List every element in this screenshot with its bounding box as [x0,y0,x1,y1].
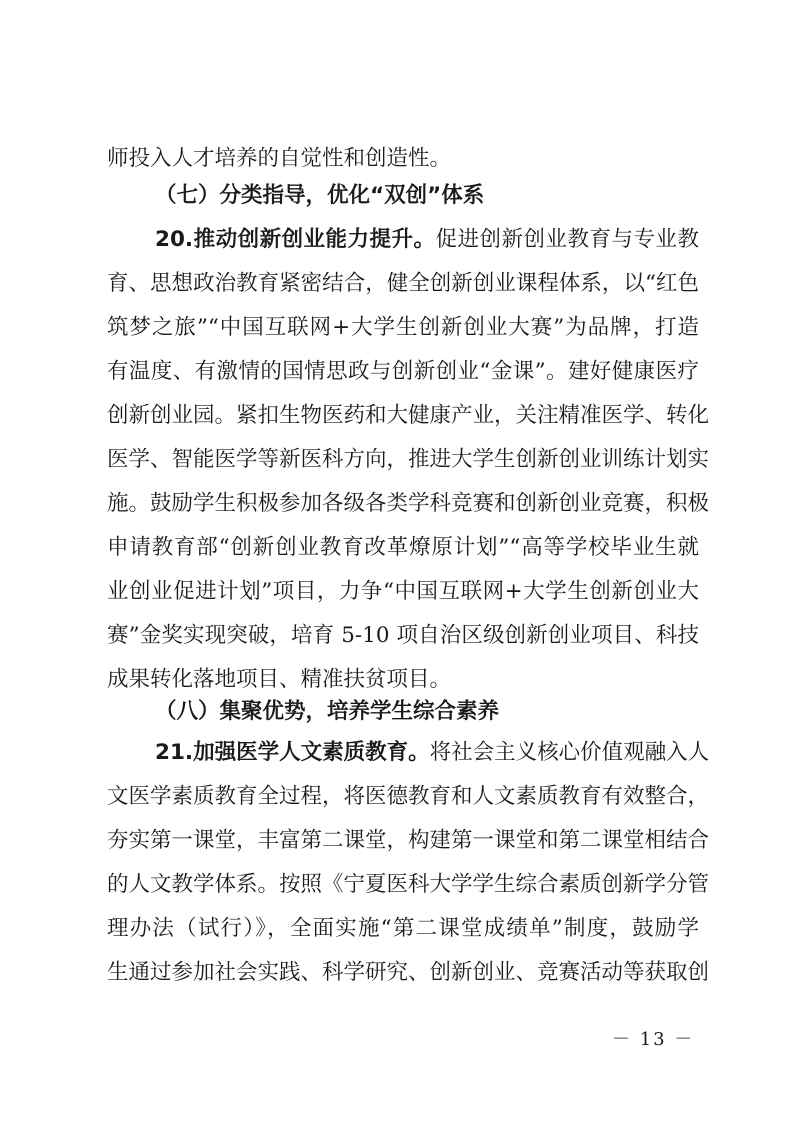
paragraph-line: 文医学素质教育全过程，将医德教育和人文素质教育有效整合， [107,782,699,812]
document-page: 师投入人才培养的自觉性和创造性。 （七）分类指导，优化“双创”体系 20.推动创… [0,0,793,1122]
paragraph-line: 筑梦之旅”“中国互联网+大学生创新创业大赛”为品牌，打造 [107,313,699,343]
section-heading-7: （七）分类指导，优化“双创”体系 [155,181,484,211]
paragraph-line: 师投入人才培养的自觉性和创造性。 [107,144,699,174]
item-21-title: 21.加强医学人文素质教育。 [155,740,430,765]
item-21-line: 21.加强医学人文素质教育。将社会主义核心价值观融入人 [155,738,699,768]
paragraph-line: 育、思想政治教育紧密结合，健全创新创业课程体系，以“红色 [107,269,699,299]
item-20-title: 20.推动创新创业能力提升。 [155,227,436,252]
paragraph-line: 的人文教学体系。按照《宁夏医科大学学生综合素质创新学分管 [107,870,699,900]
page-number: － 13 － [612,1025,694,1051]
section-heading-8: （八）集聚优势，培养学生综合素养 [155,697,499,727]
item-20-text: 促进创新创业教育与专业教 [436,227,699,252]
paragraph-line: 施。鼓励学生积极参加各级各类学科竞赛和创新创业竞赛，积极 [107,489,699,519]
paragraph-line: 医学、智能医学等新医科方向，推进大学生创新创业训练计划实 [107,445,699,475]
paragraph-line: 有温度、有激情的国情思政与创新创业“金课”。建好健康医疗 [107,357,699,387]
paragraph-line: 申请教育部“创新创业教育改革燎原计划”“高等学校毕业生就 [107,533,699,563]
paragraph-line: 赛”金奖实现突破，培育 5-10 项自治区级创新创业项目、科技 [107,621,699,651]
paragraph-line: 业创业促进计划”项目，力争“中国互联网+大学生创新创业大 [107,577,699,607]
paragraph-line: 创新创业园。紧扣生物医药和大健康产业，关注精准医学、转化 [107,401,699,431]
item-21-text: 将社会主义核心价值观融入人 [430,740,710,765]
paragraph-line: 生通过参加社会实践、科学研究、创新创业、竞赛活动等获取创 [107,958,699,988]
paragraph-line: 夯实第一课堂，丰富第二课堂，构建第一课堂和第二课堂相结合 [107,826,699,856]
paragraph-line: 理办法（试行）》，全面实施“第二课堂成绩单”制度，鼓励学 [107,914,699,944]
paragraph-line: 成果转化落地项目、精准扶贫项目。 [107,665,699,695]
item-20-line: 20.推动创新创业能力提升。促进创新创业教育与专业教 [155,225,699,255]
